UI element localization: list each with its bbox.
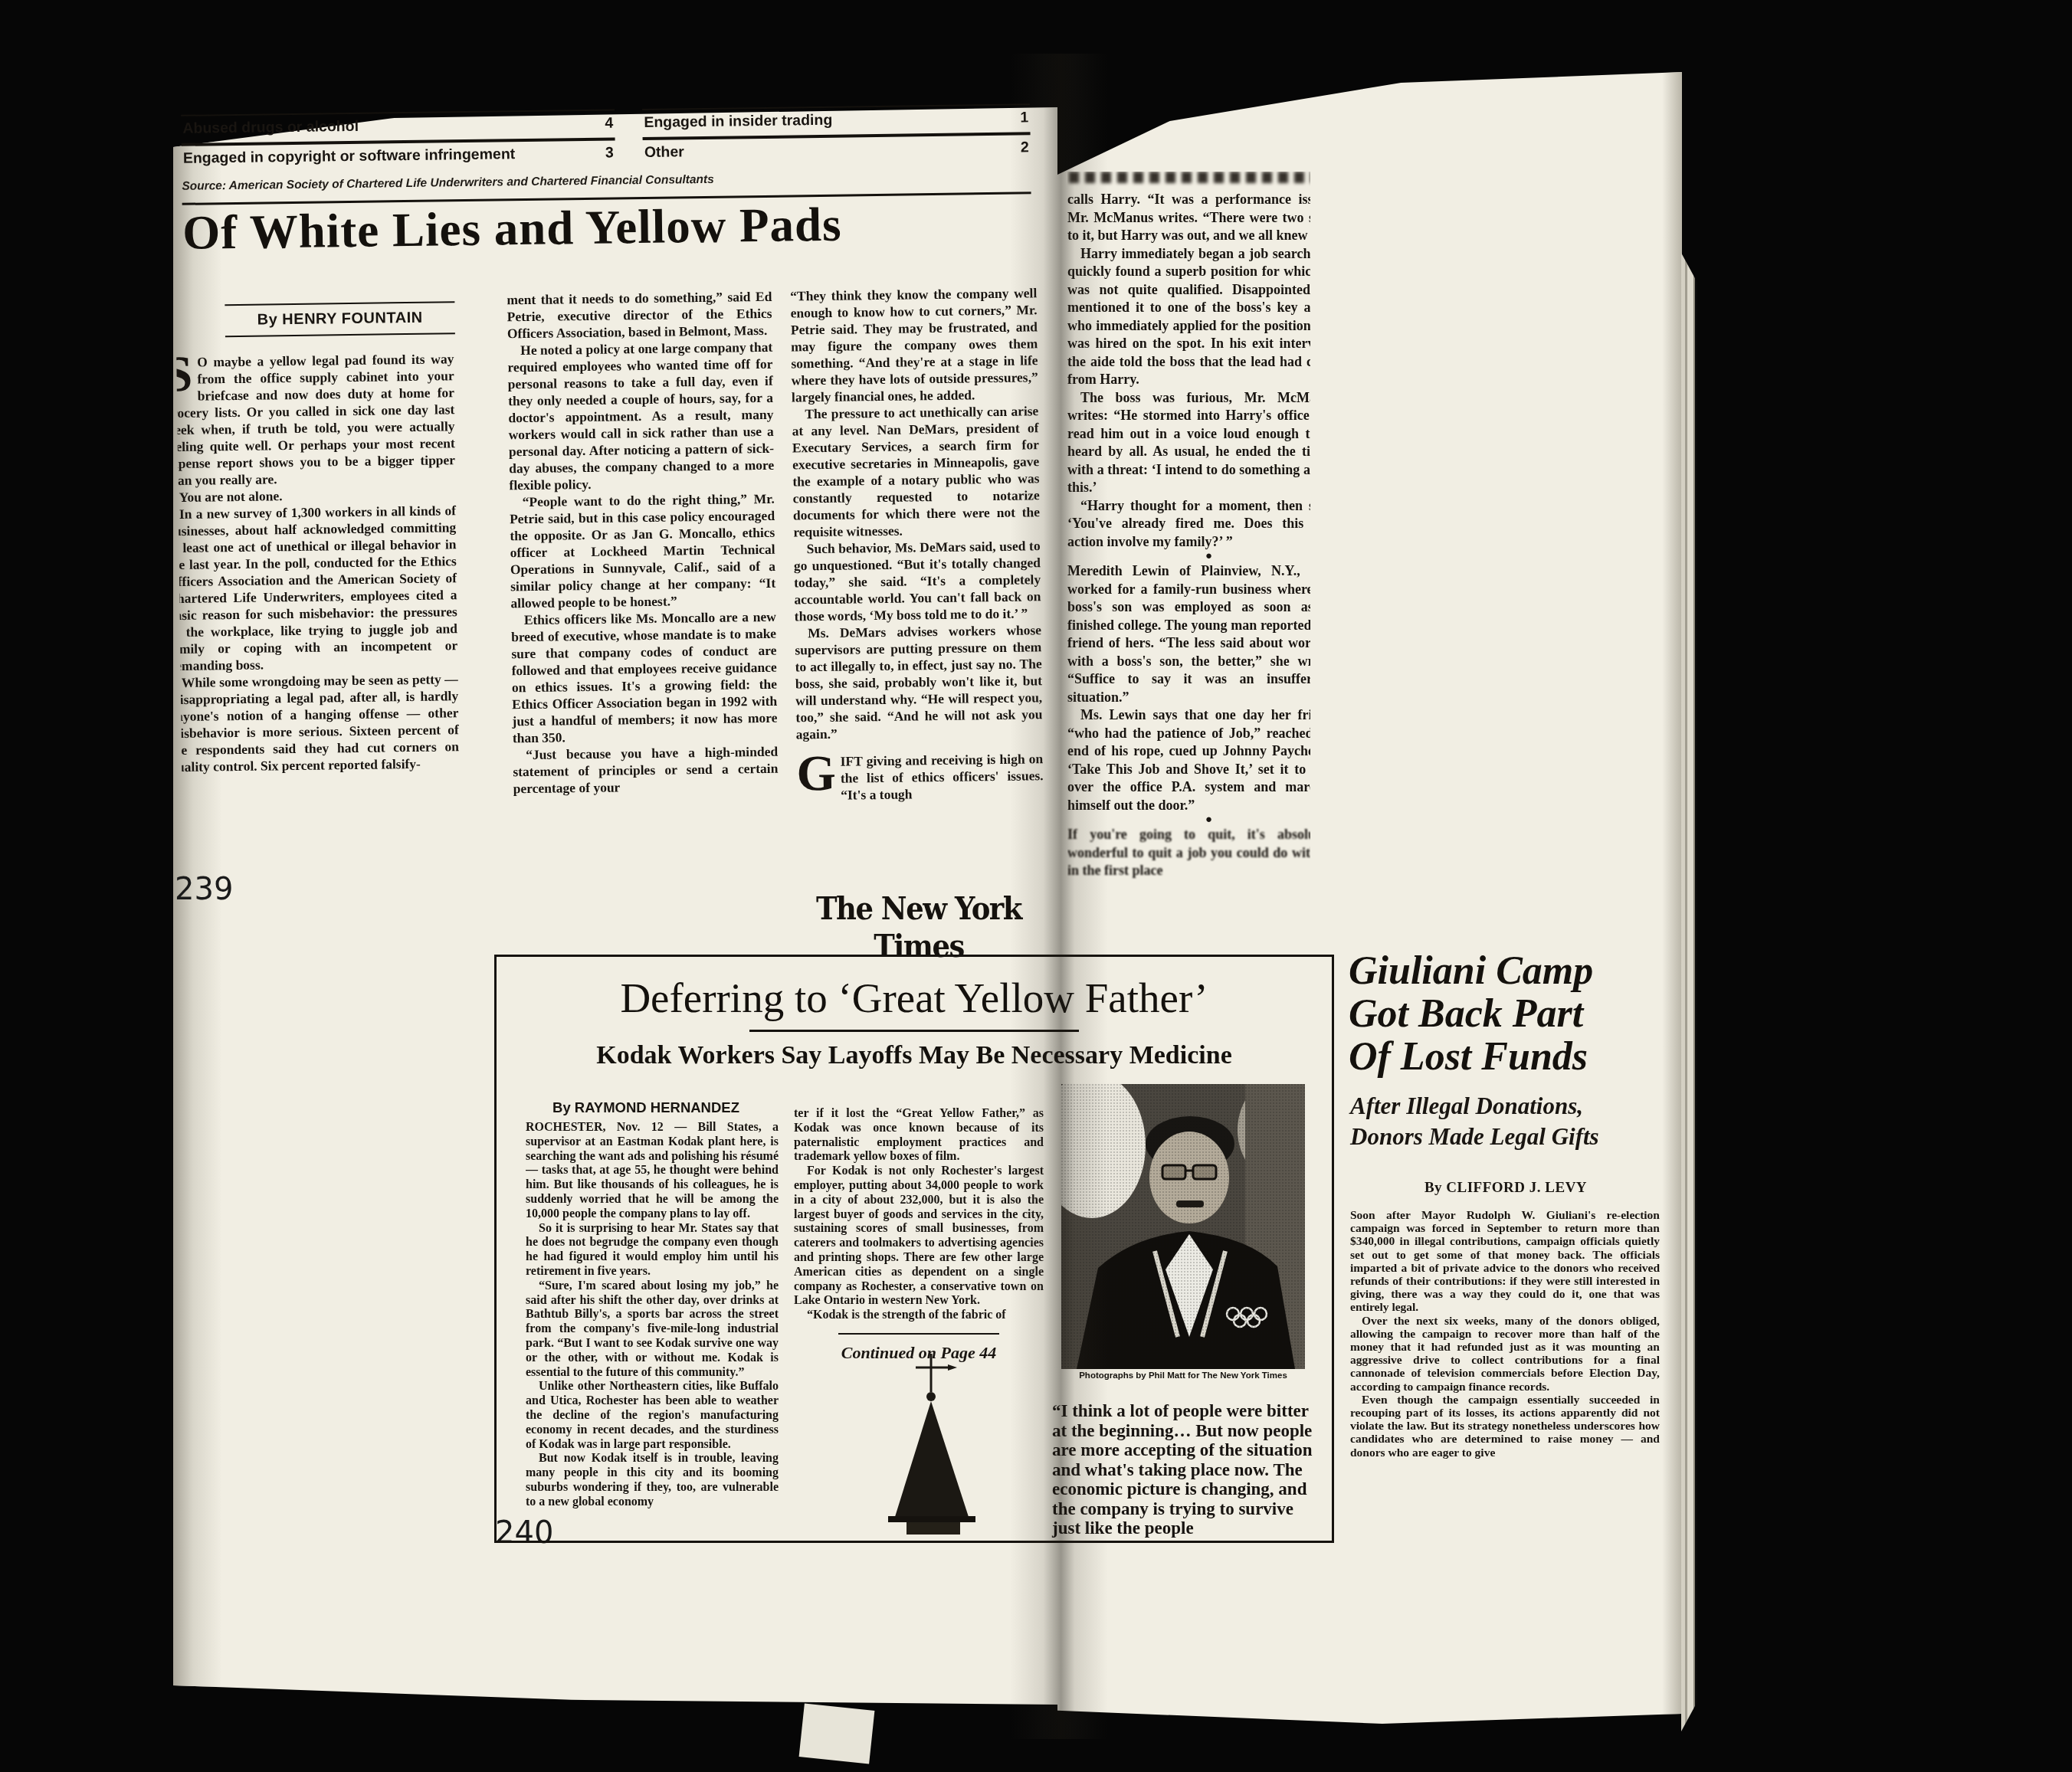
article-column-2: ment that it needs to do something,” sai…: [507, 288, 779, 892]
headline-line: Got Back Part: [1349, 993, 1664, 1036]
paragraph: Even though the campaign essentially suc…: [1350, 1394, 1660, 1459]
bullet-separator: ●: [1067, 551, 1310, 562]
paragraph: Ms. DeMars advises workers whose supervi…: [795, 621, 1043, 742]
paragraph: The pressure to act unethically can aris…: [792, 402, 1040, 540]
newspaper-masthead: The New York Times: [772, 889, 1065, 965]
kodak-byline: By RAYMOND HERNANDEZ: [520, 1099, 772, 1116]
paragraph: The boss was furious, Mr. McManus writes…: [1067, 389, 1310, 497]
table-row: Other 2: [643, 132, 1031, 167]
table-left-column: Abused drugs or alcohol 4 Engaged in cop…: [181, 109, 615, 172]
kodak-worker-photo: [1061, 1084, 1305, 1369]
row-label: Other: [644, 143, 684, 162]
paragraph: Unlike other Northeastern cities, like B…: [526, 1380, 779, 1452]
continued-rule: [838, 1333, 999, 1335]
page-bottom-curl: [799, 1703, 875, 1764]
giuliani-subhead: After Illegal Donations, Donors Made Leg…: [1350, 1091, 1666, 1152]
pull-quote: “I think a lot of people were bitter at …: [1052, 1401, 1322, 1538]
paragraph: IFT giving and receiving is high on the …: [840, 751, 1043, 802]
photo-caption: Photographs by Phil Matt for The New Yor…: [1061, 1371, 1305, 1381]
page-edge-stack: [1681, 253, 1710, 1731]
paragraph: ter if it lost the “Great Yellow Father,…: [794, 1107, 1044, 1164]
giuliani-byline: By CLIFFORD J. LEVY: [1350, 1180, 1661, 1197]
row-label: Engaged in insider trading: [644, 112, 832, 132]
row-label: Abused drugs or alcohol: [182, 118, 359, 138]
paragraph: Harry immediately began a job search and…: [1067, 245, 1310, 389]
paragraph: In a new survey of 1,300 workers in all …: [176, 502, 457, 674]
paragraph: “Kodak is the strength of the fabric of: [794, 1309, 1044, 1323]
article-column-3: “They think they know the company well e…: [790, 284, 1044, 888]
paragraph: Such behavior, Ms. DeMars said, used to …: [793, 537, 1041, 624]
ethics-survey-table: Abused drugs or alcohol 4 Engaged in cop…: [181, 103, 1031, 205]
row-value: 3: [605, 144, 614, 162]
row-label: Engaged in copyright or software infring…: [183, 146, 516, 168]
paragraph: While some wrongdoing may be seen as pet…: [176, 670, 459, 775]
page-number-left: 239: [175, 872, 233, 907]
paragraph: “They think they know the company well e…: [790, 284, 1038, 405]
table-right-column: Engaged in insider trading 1 Other 2: [642, 103, 1031, 167]
paragraph: Meredith Lewin of Plainview, N.Y., once …: [1067, 562, 1310, 706]
dropcap-letter: S: [176, 354, 197, 395]
paragraph: He noted a policy at one large company t…: [507, 339, 775, 494]
paragraph: For Kodak is not only Rochester's larges…: [794, 1164, 1044, 1309]
paragraph: calls Harry. “It was a performance issue…: [1067, 191, 1310, 245]
illegible-smudge-line: [1069, 172, 1310, 183]
subhead-line: After Illegal Donations,: [1350, 1091, 1666, 1122]
headline-line: Of Lost Funds: [1349, 1036, 1664, 1079]
giuliani-headline: Giuliani Camp Got Back Part Of Lost Fund…: [1349, 950, 1664, 1079]
row-value: 2: [1021, 139, 1029, 156]
steeple-photo: [861, 1352, 998, 1536]
giuliani-body: Soon after Mayor Rudolph W. Giuliani's r…: [1350, 1209, 1660, 1459]
paragraph: “Harry thought for a moment, then said: …: [1067, 497, 1310, 552]
headline-rule: [749, 1030, 1079, 1032]
table-row: Engaged in copyright or software infring…: [182, 137, 615, 172]
paragraph: Soon after Mayor Rudolph W. Giuliani's r…: [1350, 1209, 1660, 1315]
paragraph: O maybe a yellow legal pad found its way…: [176, 351, 455, 488]
article-byline: By HENRY FOUNTAIN: [225, 301, 455, 337]
paragraph: Over the next six weeks, many of the don…: [1350, 1315, 1660, 1394]
kodak-article-box: Deferring to ‘Great Yellow Father’ Kodak…: [494, 955, 1334, 1543]
row-value: 1: [1020, 109, 1028, 126]
article-column-1: SO maybe a yellow legal pad found its wa…: [176, 350, 464, 895]
subhead-line: Donors Made Legal Gifts: [1350, 1122, 1666, 1152]
bullet-separator: ●: [1067, 814, 1310, 826]
paragraph: So it is surprising to hear Mr. States s…: [526, 1222, 779, 1279]
paragraph: ment that it needs to do something,” sai…: [507, 288, 772, 342]
paragraph: ROCHESTER, Nov. 12 — Bill States, a supe…: [526, 1121, 779, 1222]
paragraph: But now Kodak itself is in trouble, leav…: [526, 1452, 779, 1509]
paragraph: Ethics officers like Ms. Moncallo are a …: [511, 608, 778, 747]
white-lies-article: Abused drugs or alcohol 4 Engaged in cop…: [173, 96, 1081, 965]
scanned-book-spread: Abused drugs or alcohol 4 Engaged in cop…: [0, 0, 2072, 1772]
dropcap-letter: G: [796, 753, 841, 794]
article-headline: Of White Lies and Yellow Pads: [182, 194, 1034, 261]
headline-line: Giuliani Camp: [1349, 950, 1664, 993]
kodak-headline: Deferring to ‘Great Yellow Father’: [497, 974, 1332, 1022]
paragraph: Ms. Lewin says that one day her friend, …: [1067, 706, 1310, 814]
kodak-column-2: ter if it lost the “Great Yellow Father,…: [794, 1107, 1044, 1323]
row-value: 4: [605, 114, 613, 132]
kodak-subhead: Kodak Workers Say Layoffs May Be Necessa…: [497, 1041, 1332, 1070]
harry-continuation-column: calls Harry. “It was a performance issue…: [1067, 172, 1310, 904]
kodak-column-1: ROCHESTER, Nov. 12 — Bill States, a supe…: [526, 1121, 779, 1538]
paragraph: “Just because you have a high-minded sta…: [513, 743, 779, 798]
paragraph: “People want to do the right thing,” Mr.…: [510, 490, 776, 612]
paragraph: If you're going to quit, it's absolutely…: [1067, 826, 1310, 880]
paragraph: “Sure, I'm scared about losing my job,” …: [526, 1279, 779, 1381]
